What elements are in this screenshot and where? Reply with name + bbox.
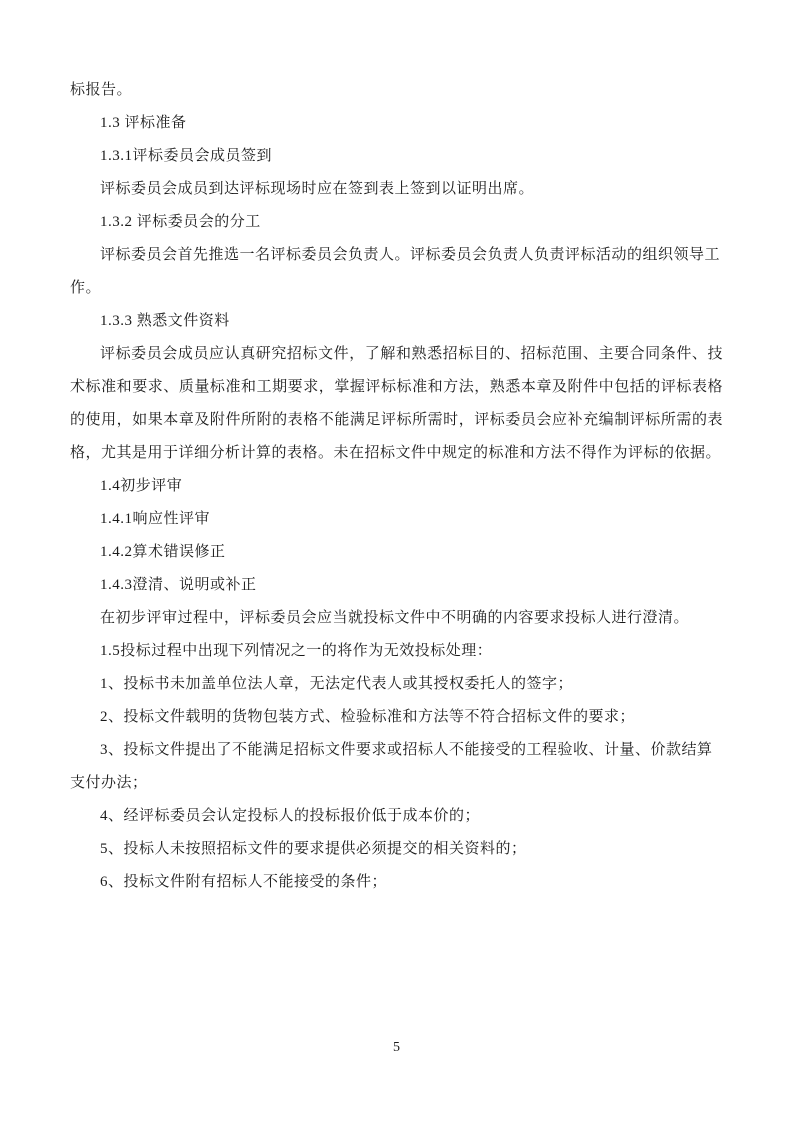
heading-1-4-3: 1.4.3澄清、说明或补正	[70, 569, 723, 602]
heading-1-4-1: 1.4.1响应性评审	[70, 503, 723, 536]
heading-1-3-2: 1.3.2 评标委员会的分工	[70, 206, 723, 239]
paragraph: 评标委员会首先推选一名评标委员会负责人。评标委员会负责人负责评标活动的组织领导工…	[70, 239, 723, 305]
page-number: 5	[0, 1038, 793, 1058]
list-item-5: 5、投标人未按照招标文件的要求提供必须提交的相关资料的；	[70, 833, 723, 866]
paragraph-continuation: 标报告。	[70, 74, 723, 107]
paragraph: 评标委员会成员到达评标现场时应在签到表上签到以证明出席。	[70, 173, 723, 206]
document-page: 标报告。 1.3 评标准备 1.3.1评标委员会成员签到 评标委员会成员到达评标…	[0, 0, 793, 1122]
heading-1-3-1: 1.3.1评标委员会成员签到	[70, 140, 723, 173]
heading-1-4-2: 1.4.2算术错误修正	[70, 536, 723, 569]
heading-1-3-3: 1.3.3 熟悉文件资料	[70, 305, 723, 338]
document-body: 标报告。 1.3 评标准备 1.3.1评标委员会成员签到 评标委员会成员到达评标…	[70, 74, 723, 899]
list-item-1: 1、投标书未加盖单位法人章，无法定代表人或其授权委托人的签字；	[70, 668, 723, 701]
list-item-4: 4、经评标委员会认定投标人的投标报价低于成本价的；	[70, 800, 723, 833]
heading-1-5: 1.5投标过程中出现下列情况之一的将作为无效投标处理：	[70, 635, 723, 668]
heading-1-4: 1.4初步评审	[70, 470, 723, 503]
paragraph: 在初步评审过程中，评标委员会应当就投标文件中不明确的内容要求投标人进行澄清。	[70, 602, 723, 635]
list-item-2: 2、投标文件载明的货物包装方式、检验标准和方法等不符合招标文件的要求；	[70, 701, 723, 734]
heading-1-3: 1.3 评标准备	[70, 107, 723, 140]
list-item-6: 6、投标文件附有招标人不能接受的条件；	[70, 866, 723, 899]
list-item-3: 3、投标文件提出了不能满足招标文件要求或招标人不能接受的工程验收、计量、价款结算…	[70, 734, 723, 800]
paragraph: 评标委员会成员应认真研究招标文件，了解和熟悉招标目的、招标范围、主要合同条件、技…	[70, 338, 723, 470]
